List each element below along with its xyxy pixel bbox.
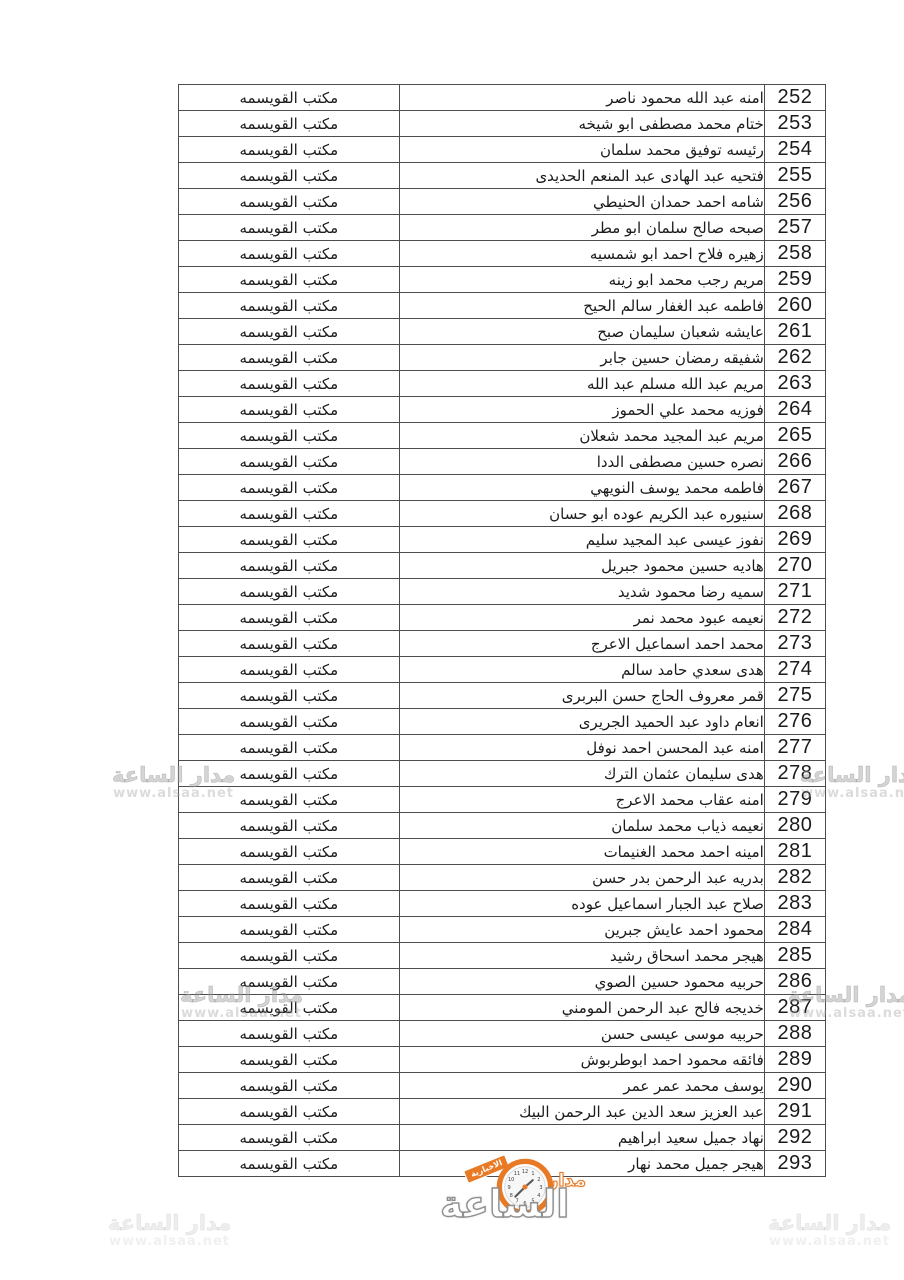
row-number: 261 <box>764 319 825 345</box>
row-number: 254 <box>764 137 825 163</box>
table-row: 287 خديجه فالح عبد الرحمن المومني مكتب ا… <box>179 995 826 1021</box>
watermark-url: www.alsaa.net <box>108 1235 231 1249</box>
person-name: قمر معروف الحاج حسن البربرى <box>399 683 764 709</box>
table-row: 279 امنه عقاب محمد الاعرج مكتب القويسمه <box>179 787 826 813</box>
row-number: 272 <box>764 605 825 631</box>
row-number: 269 <box>764 527 825 553</box>
table-row: 267 فاطمه محمد يوسف النويهي مكتب القويسم… <box>179 475 826 501</box>
office-name: مكتب القويسمه <box>179 345 400 371</box>
table-row: 275 قمر معروف الحاج حسن البربرى مكتب الق… <box>179 683 826 709</box>
row-number: 263 <box>764 371 825 397</box>
office-name: مكتب القويسمه <box>179 683 400 709</box>
person-name: فوزيه محمد علي الحموز <box>399 397 764 423</box>
table-row: 291 عبد العزيز سعد الدين عبد الرحمن البي… <box>179 1099 826 1125</box>
row-number: 257 <box>764 215 825 241</box>
office-name: مكتب القويسمه <box>179 1125 400 1151</box>
table-row: 270 هاديه حسين محمود جبريل مكتب القويسمه <box>179 553 826 579</box>
table-row: 268 سنيوره عبد الكريم عوده ابو حسان مكتب… <box>179 501 826 527</box>
table-row: 272 نعيمه عبود محمد نمر مكتب القويسمه <box>179 605 826 631</box>
office-name: مكتب القويسمه <box>179 423 400 449</box>
svg-text:2: 2 <box>537 1177 540 1183</box>
table-row: 259 مريم رجب محمد ابو زينه مكتب القويسمه <box>179 267 826 293</box>
person-name: صبحه صالح سلمان ابو مطر <box>399 215 764 241</box>
office-name: مكتب القويسمه <box>179 579 400 605</box>
person-name: امينه احمد محمد الغنيمات <box>399 839 764 865</box>
person-name: مريم رجب محمد ابو زينه <box>399 267 764 293</box>
table-row: 288 حربيه موسى عيسى حسن مكتب القويسمه <box>179 1021 826 1047</box>
table-row: 263 مريم عبد الله مسلم عبد الله مكتب الق… <box>179 371 826 397</box>
row-number: 275 <box>764 683 825 709</box>
person-name: نعيمه عبود محمد نمر <box>399 605 764 631</box>
row-number: 289 <box>764 1047 825 1073</box>
office-name: مكتب القويسمه <box>179 995 400 1021</box>
row-number: 293 <box>764 1151 825 1177</box>
table-row: 262 شفيقه رمضان حسين جابر مكتب القويسمه <box>179 345 826 371</box>
office-name: مكتب القويسمه <box>179 501 400 527</box>
table-row: 293 هيجر جميل محمد نهار مكتب القويسمه <box>179 1151 826 1177</box>
row-number: 256 <box>764 189 825 215</box>
row-number: 253 <box>764 111 825 137</box>
table-row: 253 ختام محمد مصطفى ابو شيخه مكتب القويس… <box>179 111 826 137</box>
row-number: 285 <box>764 943 825 969</box>
office-name: مكتب القويسمه <box>179 137 400 163</box>
row-number: 265 <box>764 423 825 449</box>
table-row: 292 نهاد جميل سعيد ابراهيم مكتب القويسمه <box>179 1125 826 1151</box>
office-name: مكتب القويسمه <box>179 1073 400 1099</box>
table-row: 276 انعام داود عبد الحميد الجريرى مكتب ا… <box>179 709 826 735</box>
table-row: 257 صبحه صالح سلمان ابو مطر مكتب القويسم… <box>179 215 826 241</box>
watermark: مدار الساعة www.alsaa.net <box>108 1212 231 1249</box>
svg-text:7: 7 <box>515 1199 518 1205</box>
office-name: مكتب القويسمه <box>179 943 400 969</box>
office-name: مكتب القويسمه <box>179 293 400 319</box>
roster-table-body: 252 امنه عبد الله محمود ناصر مكتب القويس… <box>179 85 826 1177</box>
person-name: شفيقه رمضان حسين جابر <box>399 345 764 371</box>
person-name: هاديه حسين محمود جبريل <box>399 553 764 579</box>
person-name: خديجه فالح عبد الرحمن المومني <box>399 995 764 1021</box>
office-name: مكتب القويسمه <box>179 475 400 501</box>
office-name: مكتب القويسمه <box>179 787 400 813</box>
table-row: 274 هدى سعدي حامد سالم مكتب القويسمه <box>179 657 826 683</box>
row-number: 258 <box>764 241 825 267</box>
person-name: امنه عقاب محمد الاعرج <box>399 787 764 813</box>
office-name: مكتب القويسمه <box>179 605 400 631</box>
person-name: انعام داود عبد الحميد الجريرى <box>399 709 764 735</box>
office-name: مكتب القويسمه <box>179 1021 400 1047</box>
row-number: 276 <box>764 709 825 735</box>
office-name: مكتب القويسمه <box>179 85 400 111</box>
svg-text:8: 8 <box>510 1193 513 1199</box>
office-name: مكتب القويسمه <box>179 371 400 397</box>
person-name: فاطمه محمد يوسف النويهي <box>399 475 764 501</box>
row-number: 270 <box>764 553 825 579</box>
office-name: مكتب القويسمه <box>179 969 400 995</box>
office-name: مكتب القويسمه <box>179 631 400 657</box>
person-name: نعيمه ذياب محمد سلمان <box>399 813 764 839</box>
office-name: مكتب القويسمه <box>179 657 400 683</box>
person-name: هدى سليمان عثمان الترك <box>399 761 764 787</box>
office-name: مكتب القويسمه <box>179 1047 400 1073</box>
office-name: مكتب القويسمه <box>179 449 400 475</box>
office-name: مكتب القويسمه <box>179 163 400 189</box>
row-number: 279 <box>764 787 825 813</box>
table-row: 282 بدريه عبد الرحمن بدر حسن مكتب القويس… <box>179 865 826 891</box>
table-row: 273 محمد احمد اسماعيل الاعرج مكتب القويس… <box>179 631 826 657</box>
person-name: نصره حسين مصطفى الددا <box>399 449 764 475</box>
row-number: 284 <box>764 917 825 943</box>
table-row: 281 امينه احمد محمد الغنيمات مكتب القويس… <box>179 839 826 865</box>
row-number: 282 <box>764 865 825 891</box>
svg-text:4: 4 <box>537 1193 540 1199</box>
office-name: مكتب القويسمه <box>179 865 400 891</box>
person-name: حربيه محمود حسين الصوي <box>399 969 764 995</box>
table-row: 266 نصره حسين مصطفى الددا مكتب القويسمه <box>179 449 826 475</box>
table-row: 260 فاطمه عبد الغفار سالم الحيح مكتب الق… <box>179 293 826 319</box>
office-name: مكتب القويسمه <box>179 891 400 917</box>
table-row: 258 زهيره فلاح احمد ابو شمسيه مكتب القوي… <box>179 241 826 267</box>
table-row: 264 فوزيه محمد علي الحموز مكتب القويسمه <box>179 397 826 423</box>
row-number: 252 <box>764 85 825 111</box>
person-name: فتحيه عبد الهادى عبد المنعم الحديدى <box>399 163 764 189</box>
table-row: 278 هدى سليمان عثمان الترك مكتب القويسمه <box>179 761 826 787</box>
office-name: مكتب القويسمه <box>179 917 400 943</box>
table-row: 254 رئيسه توفيق محمد سلمان مكتب القويسمه <box>179 137 826 163</box>
office-name: مكتب القويسمه <box>179 553 400 579</box>
table-row: 290 يوسف محمد عمر عمر مكتب القويسمه <box>179 1073 826 1099</box>
person-name: صلاح عبد الجبار اسماعيل عوده <box>399 891 764 917</box>
person-name: نهاد جميل سعيد ابراهيم <box>399 1125 764 1151</box>
office-name: مكتب القويسمه <box>179 267 400 293</box>
person-name: عايشه شعبان سليمان صبح <box>399 319 764 345</box>
table-row: 265 مريم عبد المجيد محمد شعلان مكتب القو… <box>179 423 826 449</box>
row-number: 277 <box>764 735 825 761</box>
person-name: نفوز عيسى عبد المجيد سليم <box>399 527 764 553</box>
person-name: فاطمه عبد الغفار سالم الحيح <box>399 293 764 319</box>
person-name: امنه عبد الله محمود ناصر <box>399 85 764 111</box>
row-number: 273 <box>764 631 825 657</box>
person-name: هدى سعدي حامد سالم <box>399 657 764 683</box>
table-row: 271 سميه رضا محمود شديد مكتب القويسمه <box>179 579 826 605</box>
person-name: عبد العزيز سعد الدين عبد الرحمن البيك <box>399 1099 764 1125</box>
table-row: 286 حربيه محمود حسين الصوي مكتب القويسمه <box>179 969 826 995</box>
row-number: 278 <box>764 761 825 787</box>
row-number: 264 <box>764 397 825 423</box>
logo-word-alsaa: الساعة <box>440 1182 569 1226</box>
person-name: زهيره فلاح احمد ابو شمسيه <box>399 241 764 267</box>
row-number: 288 <box>764 1021 825 1047</box>
row-number: 274 <box>764 657 825 683</box>
row-number: 271 <box>764 579 825 605</box>
row-number: 281 <box>764 839 825 865</box>
row-number: 266 <box>764 449 825 475</box>
person-name: محمود احمد عايش جبرين <box>399 917 764 943</box>
person-name: هيجر محمد اسحاق رشيد <box>399 943 764 969</box>
table-row: 261 عايشه شعبان سليمان صبح مكتب القويسمه <box>179 319 826 345</box>
table-row: 256 شامه احمد حمدان الحنيطي مكتب القويسم… <box>179 189 826 215</box>
svg-text:10: 10 <box>508 1177 514 1183</box>
office-name: مكتب القويسمه <box>179 839 400 865</box>
table-row: 285 هيجر محمد اسحاق رشيد مكتب القويسمه <box>179 943 826 969</box>
svg-text:9: 9 <box>507 1185 510 1191</box>
person-name: ختام محمد مصطفى ابو شيخه <box>399 111 764 137</box>
row-number: 290 <box>764 1073 825 1099</box>
person-name: رئيسه توفيق محمد سلمان <box>399 137 764 163</box>
table-row: 277 امنه عبد المحسن احمد نوفل مكتب القوي… <box>179 735 826 761</box>
office-name: مكتب القويسمه <box>179 813 400 839</box>
office-name: مكتب القويسمه <box>179 761 400 787</box>
row-number: 268 <box>764 501 825 527</box>
svg-text:3: 3 <box>539 1185 542 1191</box>
person-name: امنه عبد المحسن احمد نوفل <box>399 735 764 761</box>
row-number: 286 <box>764 969 825 995</box>
person-name: يوسف محمد عمر عمر <box>399 1073 764 1099</box>
table-row: 252 امنه عبد الله محمود ناصر مكتب القويس… <box>179 85 826 111</box>
office-name: مكتب القويسمه <box>179 1099 400 1125</box>
office-name: مكتب القويسمه <box>179 111 400 137</box>
person-name: بدريه عبد الرحمن بدر حسن <box>399 865 764 891</box>
office-name: مكتب القويسمه <box>179 215 400 241</box>
watermark-brand: مدار الساعة <box>768 1212 891 1235</box>
table-row: 255 فتحيه عبد الهادى عبد المنعم الحديدى … <box>179 163 826 189</box>
person-name: سميه رضا محمود شديد <box>399 579 764 605</box>
office-name: مكتب القويسمه <box>179 189 400 215</box>
person-name: حربيه موسى عيسى حسن <box>399 1021 764 1047</box>
office-name: مكتب القويسمه <box>179 397 400 423</box>
row-number: 255 <box>764 163 825 189</box>
row-number: 287 <box>764 995 825 1021</box>
office-name: مكتب القويسمه <box>179 319 400 345</box>
office-name: مكتب القويسمه <box>179 1151 400 1177</box>
roster-table: 252 امنه عبد الله محمود ناصر مكتب القويس… <box>178 84 826 1177</box>
office-name: مكتب القويسمه <box>179 735 400 761</box>
person-name: هيجر جميل محمد نهار <box>399 1151 764 1177</box>
person-name: سنيوره عبد الكريم عوده ابو حسان <box>399 501 764 527</box>
person-name: فائقه محمود احمد ابوطربوش <box>399 1047 764 1073</box>
person-name: مريم عبد المجيد محمد شعلان <box>399 423 764 449</box>
person-name: شامه احمد حمدان الحنيطي <box>399 189 764 215</box>
table-row: 269 نفوز عيسى عبد المجيد سليم مكتب القوي… <box>179 527 826 553</box>
row-number: 267 <box>764 475 825 501</box>
watermark: مدار الساعة www.alsaa.net <box>768 1212 891 1249</box>
row-number: 283 <box>764 891 825 917</box>
row-number: 260 <box>764 293 825 319</box>
table-row: 283 صلاح عبد الجبار اسماعيل عوده مكتب ال… <box>179 891 826 917</box>
svg-text:6: 6 <box>523 1201 526 1207</box>
row-number: 280 <box>764 813 825 839</box>
watermark-brand: مدار الساعة <box>108 1212 231 1235</box>
person-name: مريم عبد الله مسلم عبد الله <box>399 371 764 397</box>
table-row: 284 محمود احمد عايش جبرين مكتب القويسمه <box>179 917 826 943</box>
person-name: محمد احمد اسماعيل الاعرج <box>399 631 764 657</box>
office-name: مكتب القويسمه <box>179 527 400 553</box>
table-row: 289 فائقه محمود احمد ابوطربوش مكتب القوي… <box>179 1047 826 1073</box>
office-name: مكتب القويسمه <box>179 709 400 735</box>
table-row: 280 نعيمه ذياب محمد سلمان مكتب القويسمه <box>179 813 826 839</box>
row-number: 291 <box>764 1099 825 1125</box>
watermark-url: www.alsaa.net <box>768 1235 891 1249</box>
row-number: 259 <box>764 267 825 293</box>
office-name: مكتب القويسمه <box>179 241 400 267</box>
row-number: 292 <box>764 1125 825 1151</box>
svg-text:5: 5 <box>531 1199 534 1205</box>
document-page: 252 امنه عبد الله محمود ناصر مكتب القويس… <box>0 0 904 1280</box>
row-number: 262 <box>764 345 825 371</box>
